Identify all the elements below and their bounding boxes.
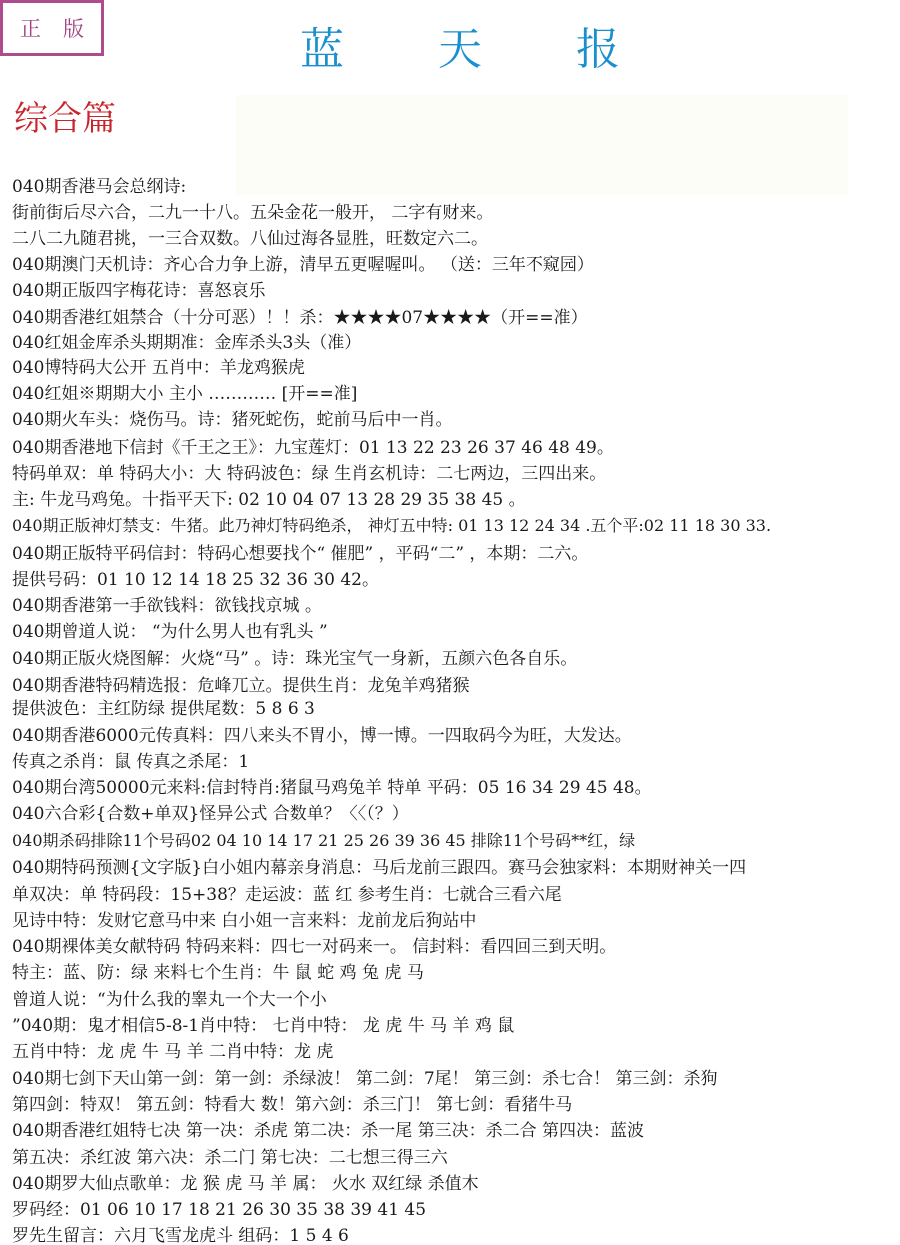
text-line: 040期杀码排除11个号码02 04 10 14 17 21 25 26 39 …	[12, 830, 635, 852]
text-line: 传真之杀肖：鼠 传真之杀尾：1	[12, 751, 249, 773]
text-line: 040期正版火烧图解：火烧“马” 。诗：珠光宝气一身新，五颜六色各自乐。	[12, 648, 577, 670]
text-line: 特码单双：单 特码大小：大 特码波色：绿 生肖玄机诗：二七两边，三四出来。	[12, 463, 606, 485]
text-line: 040期曾道人说： “为什么男人也有乳头 ”	[12, 621, 328, 643]
shaded-panel	[236, 95, 848, 195]
text-line: 040期罗大仙点歌单：龙 猴 虎 马 羊 属： 火水 双红绿 杀值木	[12, 1173, 479, 1195]
text-line: 主: 牛龙马鸡兔。十指平天下: 02 10 04 07 13 28 29 35 …	[12, 489, 526, 511]
text-line: 第五决：杀红波 第六决：杀二门 第七决：二七想三得三六	[12, 1147, 448, 1169]
text-line: 040红姐※期期大小 主小 ………… [开==准]	[12, 383, 357, 405]
text-line: 040期台湾50000元来料:信封特肖:猪鼠马鸡兔羊 特单 平码：05 16 3…	[12, 777, 652, 799]
text-line: 提供波色：主红防绿 提供尾数：5 8 6 3	[12, 698, 315, 720]
text-line: 040期香港红姐特七决 第一决：杀虎 第二决：杀一尾 第三决：杀二合 第四决：蓝…	[12, 1120, 644, 1142]
text-line: 街前街后尽六合，二九一十八。五朵金花一般开， 二字有财来。	[12, 202, 493, 224]
text-line: 二八二九随君挑，一三合双数。八仙过海各显胜，旺数定六二。	[12, 228, 488, 250]
text-line: 040红姐金库杀头期期准：金库杀头3头（准）	[12, 332, 361, 354]
text-line: 040期特码预测{文字版}白小姐内幕亲身消息：马后龙前三跟四。赛马会独家料：本期…	[12, 857, 746, 879]
text-line: ”040期：鬼才相信5-8-1肖中特： 七肖中特： 龙 虎 牛 马 羊 鸡 鼠	[12, 1015, 514, 1037]
text-line: 040期香港红姐禁合（十分可恶）！！杀：★★★★07★★★★（开==准）	[12, 307, 588, 329]
text-line: 040期香港特码精选报：危峰兀立。提供生肖：龙兔羊鸡猪猴	[12, 675, 469, 697]
section-heading: 综合篇	[14, 96, 116, 142]
text-line: 罗先生留言：六月飞雪龙虎斗 组码：1 5 4 6	[12, 1225, 349, 1245]
title-char: 报	[576, 18, 620, 82]
title-char: 蓝	[300, 18, 344, 82]
title-char: 天	[438, 18, 482, 82]
text-line: 040期正版神灯禁支：牛猪。此乃神灯特码绝杀， 神灯五中特: 01 13 12 …	[12, 515, 771, 537]
text-line: 040期七剑下天山第一剑：第一剑：杀绿波！ 第二剑：7尾！ 第三剑：杀七合！ 第…	[12, 1068, 717, 1090]
text-line: 曾道人说：“为什么我的睾丸一个大一个小	[12, 989, 327, 1011]
text-line: 040期裸体美女献特码 特码来料：四七一对码来一。 信封料：看四回三到天明。	[12, 936, 616, 958]
page-title: 蓝 天 报	[300, 18, 620, 82]
text-line: 040期香港6000元传真料：四八来头不胃小，博一博。一四取码今为旺，大发达。	[12, 725, 632, 747]
text-line: 见诗中特：发财它意马中来 白小姐一言来料：龙前龙后狗站中	[12, 910, 476, 932]
text-line: 040期香港马会总纲诗:	[12, 176, 186, 198]
text-line: 040期香港第一手欲钱料：欲钱找京城 。	[12, 595, 322, 617]
text-line: 040六合彩{合数+单双}怪异公式 合数单？〈〈（？）	[12, 803, 409, 825]
text-line: 040期澳门天机诗：齐心合力争上游，清早五更喔喔叫。 （送：三年不窥园）	[12, 254, 594, 276]
text-line: 单双决：单 特码段：15+38？走运波：蓝 红 参考生肖：七就合三看六尾	[12, 884, 562, 906]
text-line: 罗码经：01 06 10 17 18 21 26 30 35 38 39 41 …	[12, 1199, 426, 1221]
authentic-edition-badge: 正 版	[0, 0, 104, 56]
text-line: 五肖中特：龙 虎 牛 马 羊 二肖中特：龙 虎	[12, 1041, 333, 1063]
text-line: 040期火车头：烧伤马。诗：猪死蛇伤，蛇前马后中一肖。	[12, 409, 452, 431]
text-line: 提供号码：01 10 12 14 18 25 32 36 30 42。	[12, 569, 379, 591]
badge-char: 正	[20, 13, 41, 43]
text-line: 第四剑：特双！ 第五剑：特看大 数！第六剑：杀三门！ 第七剑：看猪牛马	[12, 1094, 572, 1116]
text-line: 040期正版四字梅花诗：喜怒哀乐	[12, 280, 265, 302]
badge-char: 版	[63, 13, 84, 43]
text-line: 040期香港地下信封《千王之王》：九宝莲灯：01 13 22 23 26 37 …	[12, 437, 614, 459]
text-line: 特主：蓝、防：绿 来料七个生肖：牛 鼠 蛇 鸡 兔 虎 马	[12, 962, 424, 984]
text-line: 040博特码大公开 五肖中：羊龙鸡猴虎	[12, 357, 305, 379]
text-line: 040期正版特平码信封：特码心想要找个“ 催肥” ，平码“二” ，本期：二六。	[12, 543, 588, 565]
